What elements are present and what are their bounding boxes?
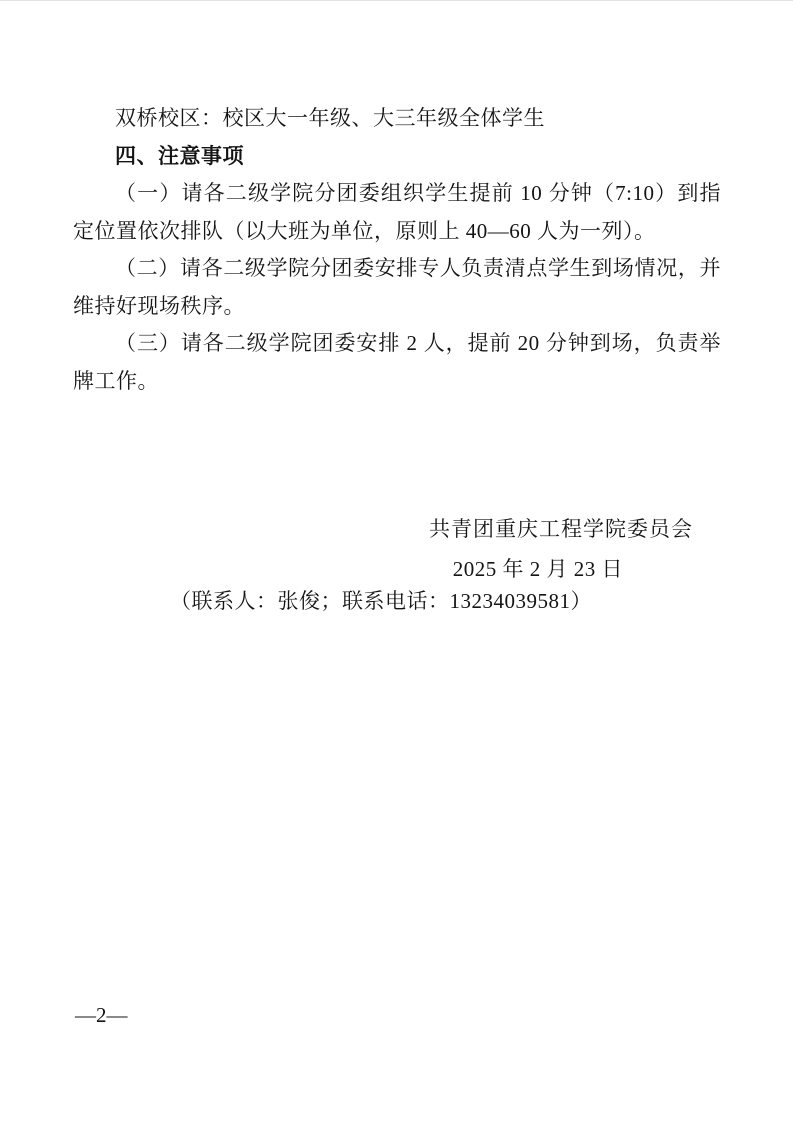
note-item-1: （一）请各二级学院分团委组织学生提前 10 分钟（7:10）到指定位置依次排队（…: [73, 175, 721, 250]
document-body: 双桥校区：校区大一年级、大三年级全体学生 四、注意事项 （一）请各二级学院分团委…: [73, 100, 721, 400]
section-heading: 四、注意事项: [73, 138, 721, 176]
document-page: 双桥校区：校区大一年级、大三年级全体学生 四、注意事项 （一）请各二级学院分团委…: [0, 0, 793, 1122]
note-item-2: （二）请各二级学院分团委安排专人负责清点学生到场情况，并维持好现场秩序。: [73, 250, 721, 325]
page-number: —2—: [75, 1001, 128, 1029]
campus-line: 双桥校区：校区大一年级、大三年级全体学生: [73, 100, 721, 138]
contact-line: （联系人：张俊；联系电话：13234039581）: [170, 582, 592, 620]
signature-organization: 共青团重庆工程学院委员会: [429, 510, 693, 548]
note-item-3: （三）请各二级学院团委安排 2 人，提前 20 分钟到场，负责举牌工作。: [73, 325, 721, 400]
